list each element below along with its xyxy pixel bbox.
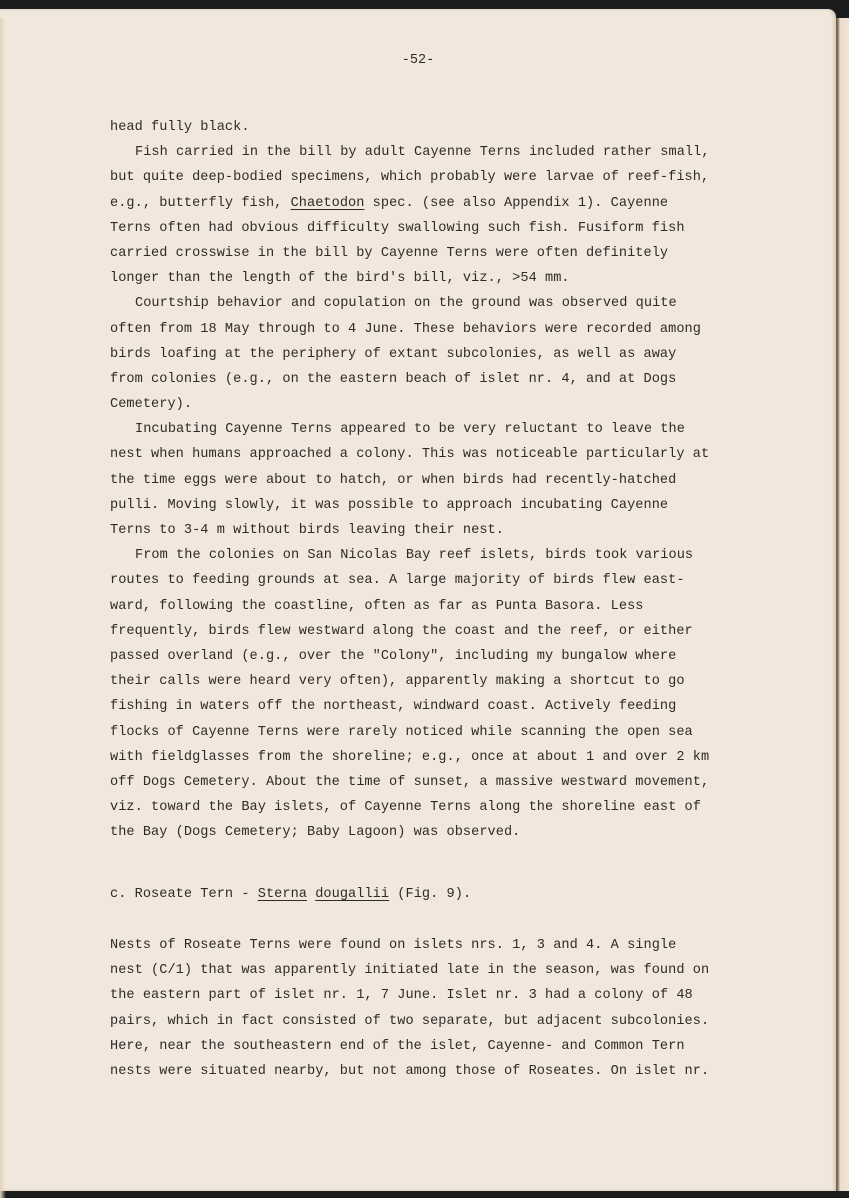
heading-line: c. Roseate Tern - Sterna dougallii (Fig.… bbox=[110, 882, 750, 907]
text-line: From the colonies on San Nicolas Bay ree… bbox=[110, 543, 750, 568]
page-left-edge bbox=[0, 18, 6, 1198]
section-heading: c. Roseate Tern - Sterna dougallii (Fig.… bbox=[110, 882, 750, 907]
text-line: nest (C/1) that was apparently initiated… bbox=[110, 958, 750, 983]
text-line: flocks of Cayenne Terns were rarely noti… bbox=[110, 720, 750, 745]
text-line: their calls were heard very often), appa… bbox=[110, 669, 750, 694]
text-line: Fish carried in the bill by adult Cayenn… bbox=[110, 140, 750, 165]
text-line: pairs, which in fact consisted of two se… bbox=[110, 1009, 750, 1034]
text-line: Here, near the southeastern end of the i… bbox=[110, 1034, 750, 1059]
text-line: Nests of Roseate Terns were found on isl… bbox=[110, 933, 750, 958]
text-line: Incubating Cayenne Terns appeared to be … bbox=[110, 417, 750, 442]
text-line: carried crosswise in the bill by Cayenne… bbox=[110, 241, 750, 266]
text-span: e.g., butterfly fish, bbox=[110, 196, 291, 211]
text-line: Courtship behavior and copulation on the… bbox=[110, 291, 750, 316]
text-line: nest when humans approached a colony. Th… bbox=[110, 442, 750, 467]
body-text: head fully black. Fish carried in the bi… bbox=[110, 115, 750, 845]
text-line: birds loafing at the periphery of extant… bbox=[110, 342, 750, 367]
text-line: e.g., butterfly fish, Chaetodon spec. (s… bbox=[110, 191, 750, 216]
document-page: -52- head fully black. Fish carried in t… bbox=[0, 9, 836, 1191]
section-text: Nests of Roseate Terns were found on isl… bbox=[110, 933, 750, 1084]
text-line: passed overland (e.g., over the "Colony"… bbox=[110, 644, 750, 669]
text-line: the Bay (Dogs Cemetery; Baby Lagoon) was… bbox=[110, 820, 750, 845]
text-line: frequently, birds flew westward along th… bbox=[110, 619, 750, 644]
text-span: spec. (see also Appendix 1). Cayenne bbox=[364, 196, 668, 211]
text-line: Terns to 3-4 m without birds leaving the… bbox=[110, 518, 750, 543]
text-line: the time eggs were about to hatch, or wh… bbox=[110, 468, 750, 493]
heading-suffix: (Fig. 9). bbox=[389, 887, 471, 902]
text-line: head fully black. bbox=[110, 115, 750, 140]
genus-chaetodon: Chaetodon bbox=[291, 196, 365, 211]
text-line: fishing in waters off the northeast, win… bbox=[110, 694, 750, 719]
species-dougallii: dougallii bbox=[315, 887, 389, 902]
text-line: off Dogs Cemetery. About the time of sun… bbox=[110, 770, 750, 795]
text-line: often from 18 May through to 4 June. The… bbox=[110, 317, 750, 342]
text-line: pulli. Moving slowly, it was possible to… bbox=[110, 493, 750, 518]
genus-sterna: Sterna bbox=[258, 887, 307, 902]
text-line: the eastern part of islet nr. 1, 7 June.… bbox=[110, 983, 750, 1008]
text-line: longer than the length of the bird's bil… bbox=[110, 266, 750, 291]
next-page-edge bbox=[836, 18, 849, 1191]
text-line: nests were situated nearby, but not amon… bbox=[110, 1059, 750, 1084]
text-line: viz. toward the Bay islets, of Cayenne T… bbox=[110, 795, 750, 820]
text-line: routes to feeding grounds at sea. A larg… bbox=[110, 568, 750, 593]
text-line: Terns often had obvious difficulty swall… bbox=[110, 216, 750, 241]
text-line: ward, following the coastline, often as … bbox=[110, 594, 750, 619]
page-number: -52- bbox=[0, 53, 836, 68]
text-line: with fieldglasses from the shoreline; e.… bbox=[110, 745, 750, 770]
text-line: but quite deep-bodied specimens, which p… bbox=[110, 165, 750, 190]
heading-prefix: c. Roseate Tern - bbox=[110, 887, 258, 902]
text-line: from colonies (e.g., on the eastern beac… bbox=[110, 367, 750, 392]
text-line: Cemetery). bbox=[110, 392, 750, 417]
